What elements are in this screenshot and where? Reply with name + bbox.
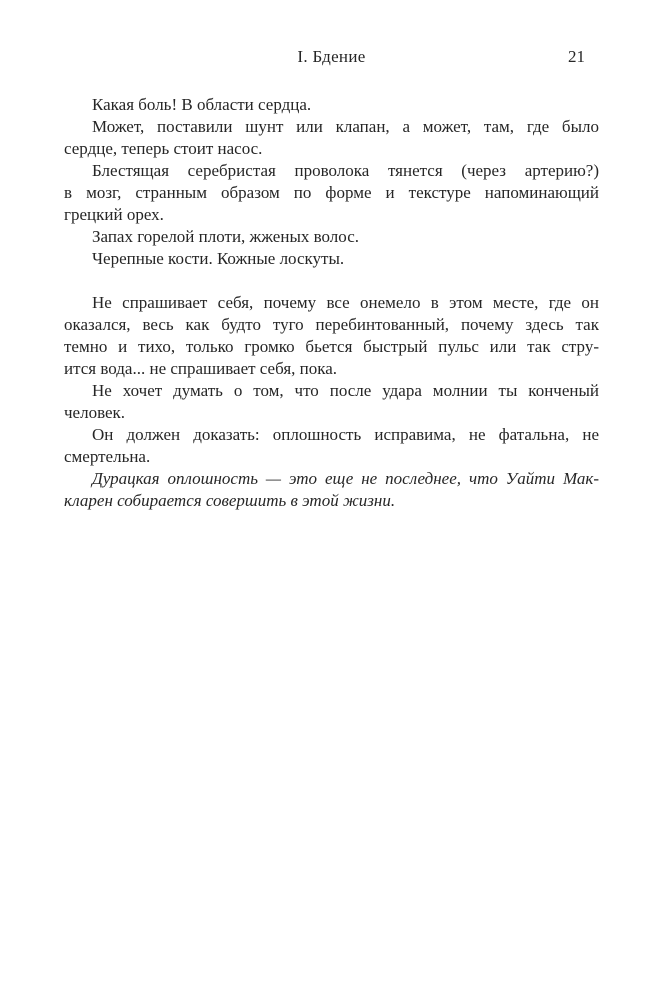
paragraph: Может, поставили шунт или клапан, а може…	[64, 116, 599, 160]
paragraph: Не спрашивает себя, почему все онемело в…	[64, 292, 599, 380]
paragraph: Черепные кости. Кожные лоскуты.	[64, 248, 599, 270]
text-line: человек.	[64, 402, 599, 424]
text-line: Блестящая серебристая проволока тянется …	[64, 160, 599, 182]
page-number: 21	[568, 46, 585, 68]
chapter-title: I. Бдение	[297, 47, 365, 66]
text-line: смертельна.	[64, 446, 599, 468]
paragraph: Блестящая серебристая проволока тянется …	[64, 160, 599, 226]
paragraph: Не хочет думать о том, что после удара м…	[64, 380, 599, 424]
text-line: Запах горелой плоти, жженых волос.	[64, 226, 599, 248]
paragraph: Запах горелой плоти, жженых волос.	[64, 226, 599, 248]
text-line: Он должен доказать: оплошность исправима…	[64, 424, 599, 446]
text-line: темно и тихо, только громко бьется быстр…	[64, 336, 599, 358]
text-line: Черепные кости. Кожные лоскуты.	[64, 248, 599, 270]
running-header: I. Бдение 21	[64, 46, 599, 68]
text-line: грецкий орех.	[64, 204, 599, 226]
book-page: I. Бдение 21 Какая боль! В области сердц…	[0, 0, 667, 1001]
text-line: кларен собирается совершить в этой жизни…	[64, 490, 599, 512]
paragraph: Дурацкая оплошность — это еще не последн…	[64, 468, 599, 512]
text-line: сердце, теперь стоит насос.	[64, 138, 599, 160]
text-line: Не спрашивает себя, почему все онемело в…	[64, 292, 599, 314]
text-line: Не хочет думать о том, что после удара м…	[64, 380, 599, 402]
text-line: Дурацкая оплошность — это еще не последн…	[64, 468, 599, 490]
text-line: Какая боль! В области сердца.	[64, 94, 599, 116]
text-line: оказался, весь как будто туго перебинтов…	[64, 314, 599, 336]
paragraph: Какая боль! В области сердца.	[64, 94, 599, 116]
page-content: I. Бдение 21 Какая боль! В области сердц…	[64, 46, 599, 512]
page-body: Какая боль! В области сердца.Может, пост…	[64, 94, 599, 512]
paragraph: Он должен доказать: оплошность исправима…	[64, 424, 599, 468]
text-line: в мозг, странным образом по форме и текс…	[64, 182, 599, 204]
text-line: ится вода... не спрашивает себя, пока.	[64, 358, 599, 380]
text-line: Может, поставили шунт или клапан, а може…	[64, 116, 599, 138]
blank-line	[64, 270, 599, 292]
